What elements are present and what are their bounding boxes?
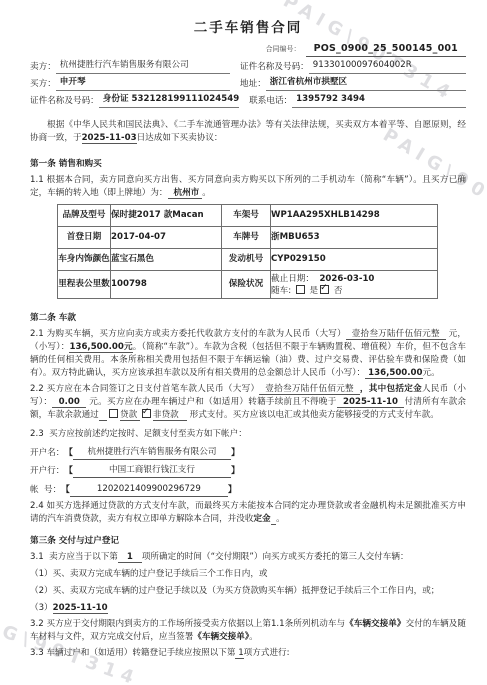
table-row: 首登日期 2017-04-07 车牌号 浙MBU653 (58, 227, 438, 249)
account-number-label: 帐 号： (30, 484, 61, 497)
clause-2-2: 2.2 买方应在本合同签订之日支付首笔车款人民币（大写） 壹拾叁万陆仟伍佰元整 … (30, 383, 466, 422)
first-registration-label: 首登日期 (58, 227, 111, 249)
plate-value: 浙MBU653 (271, 227, 438, 249)
checkbox-checked-icon (320, 285, 329, 294)
clause-3-1-item-1: （1）买、卖双方完成车辆的过户登记手续后三个工作日内，或 (30, 568, 466, 581)
insurance-label: 保险状况 (222, 271, 271, 299)
seller-id-label: 证件名称及号码： (240, 61, 309, 74)
bracket-open: 【 (64, 447, 73, 460)
account-number-row: 帐 号： 【 1202021409900296729 】 (30, 483, 466, 497)
bracket-open: 【 (64, 465, 73, 478)
plate-label: 车牌号 (222, 227, 271, 249)
bank-name-label: 开户行： (30, 465, 64, 478)
vehicle-info-table: 品牌及型号 保时捷2017 款Macan 车架号 WP1AA295XHLB142… (57, 204, 438, 299)
phone-label: 联系电话： (249, 95, 292, 108)
seller-row: 卖方： 杭州捷胜行汽车销售服务有限公司 证件名称及号码： 91330100097… (30, 61, 466, 74)
preamble: 根据《中华人民共和国民法典》、《二手车流通管理办法》等有关法律法规，买卖双方本着… (30, 119, 466, 145)
engine-no-label: 发动机号 (222, 249, 271, 271)
engine-no-value: CYP029150 (271, 249, 438, 271)
insurance-expiry: 截止日期： 2026-03-10 (271, 273, 437, 285)
contract-number-label: 合同编号： (266, 43, 301, 57)
table-row: 品牌及型号 保时捷2017 款Macan 车架号 WP1AA295XHLB142… (58, 205, 438, 227)
buyer-label: 买方： (30, 78, 56, 91)
address-label: 地址： (240, 78, 266, 91)
seller-label: 卖方： (30, 61, 56, 74)
insurance-with-car: 随车: 是 否 (271, 285, 437, 297)
table-row: 车身内饰颜色 蓝宝石黑色 发动机号 CYP029150 (58, 249, 438, 271)
clause-2-1: 2.1 为购买车辆，买方应向卖方或卖方委托代收款方支付的车款为人民币（大写） 壹… (30, 328, 466, 380)
brand-model-value: 保时捷2017 款Macan (111, 205, 222, 227)
address-field: 浙江省杭州市拱墅区 (266, 76, 466, 91)
contract-document: PAIG\90T314 PAIG\90T314 PAIG\90T314 二手车销… (0, 0, 487, 685)
clause-3-1-item-2: （2）买、卖双方完成车辆的过户登记手续以及（为买方贷款购买车辆）抵押登记手续后三… (30, 585, 466, 598)
section3-heading: 第三条 交付与过户登记 (30, 535, 466, 548)
clause-3-3: 3.3 车辆过户和（如适用）转籍登记手续应按照以下第 1项方式进行: (30, 647, 466, 660)
buyer-id-label: 证件名称及号码： (30, 95, 99, 108)
phone-field: 1395792 3494 (292, 93, 466, 108)
page-title: 二手车销售合同 (30, 0, 466, 35)
contract-number-row: 合同编号： POS_0900_25_500145_001 (30, 42, 466, 57)
section2-heading: 第二条 车款 (30, 312, 466, 325)
account-number-field: 1202021409900296729 (70, 483, 228, 497)
account-name-field: 杭州捷胜行汽车销售服务有限公司 (73, 446, 231, 460)
clause-2-3: 2.3 买方应按前述约定按时、足额支付至卖方如下帐户： (30, 428, 466, 441)
buyer-id-row: 证件名称及号码： 身份证 532128199111024549 联系电话： 13… (30, 95, 466, 108)
account-name-label: 开户名： (30, 447, 64, 460)
seller-id-field: 91330100097604002R (309, 59, 466, 74)
bracket-open: 【 (61, 484, 70, 497)
clause-3-1: 3.1 卖方应当于以下第 1 项所确定的时间（“交付期限”）向买方或买方委托的第… (30, 551, 466, 564)
contract-number-value: POS_0900_25_500145_001 (306, 42, 466, 57)
bracket-close: 】 (231, 465, 240, 478)
section1-heading: 第一条 销售和购买 (30, 158, 466, 171)
vin-label: 车架号 (222, 205, 271, 227)
checkbox-unchecked-icon (296, 285, 305, 294)
checkbox-unchecked-icon (109, 409, 118, 418)
color-value: 蓝宝石黑色 (111, 249, 222, 271)
mileage-value: 100798 (111, 271, 222, 299)
bracket-close: 】 (228, 484, 237, 497)
bank-name-field: 中国工商银行钱江支行 (73, 464, 231, 478)
first-registration-value: 2017-04-07 (111, 227, 222, 249)
insurance-value: 截止日期： 2026-03-10 随车: 是 否 (271, 271, 438, 299)
checkbox-checked-icon (142, 409, 151, 418)
clause-2-4: 2.4 如买方选择通过贷款的方式支付车款，而最终买方未能按本合同约定办理贷款或者… (30, 500, 466, 526)
account-name-row: 开户名： 【 杭州捷胜行汽车销售服务有限公司 】 (30, 446, 466, 460)
vin-value: WP1AA295XHLB14298 (271, 205, 438, 227)
buyer-id-field: 身份证 532128199111024549 (99, 93, 239, 108)
table-row: 里程表公里数 100798 保险状况 截止日期： 2026-03-10 随车: … (58, 271, 438, 299)
clause-3-2: 3.2 买方应于交付期限内到卖方的工作场所接受卖方依据以上第1.1条所列机动车与… (30, 618, 466, 644)
color-label: 车身内饰颜色 (58, 249, 111, 271)
brand-model-label: 品牌及型号 (58, 205, 111, 227)
seller-name-field: 杭州捷胜行汽车销售服务有限公司 (56, 59, 230, 74)
bracket-close: 】 (231, 447, 240, 460)
buyer-name-field: 申开琴 (56, 76, 230, 91)
bank-name-row: 开户行： 【 中国工商银行钱江支行 】 (30, 464, 466, 478)
clause-3-1-item-3: （3）2025-11-10 (30, 602, 466, 615)
mileage-label: 里程表公里数 (58, 271, 111, 299)
clause-1-1: 1.1 根据本合同，卖方同意向买方出售、买方同意向卖方购买以下所列的二手机动车（… (30, 174, 466, 200)
buyer-row: 买方： 申开琴 地址： 浙江省杭州市拱墅区 (30, 78, 466, 91)
